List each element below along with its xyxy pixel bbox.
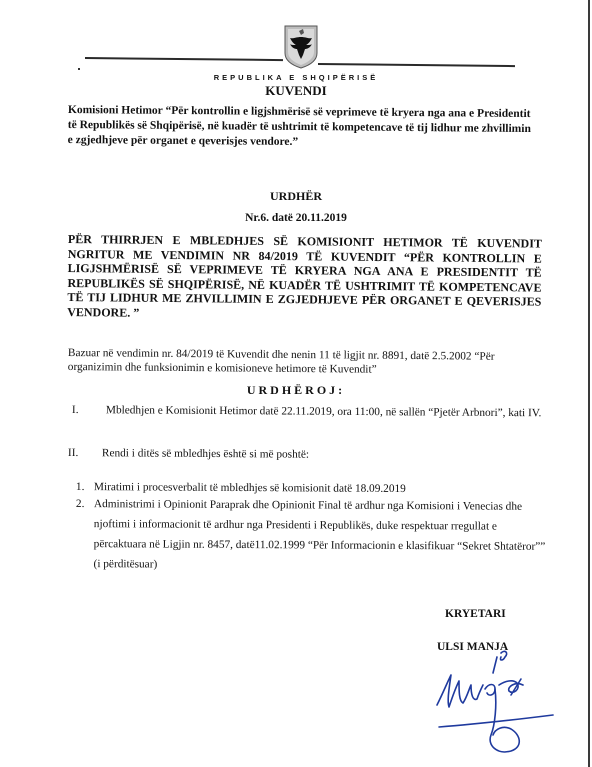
document-page: REPUBLIKA E SHQIPËRISË KUVENDI Komisioni…	[0, 0, 590, 767]
header-rule-right	[318, 63, 515, 67]
republic-label: REPUBLIKA E SHQIPËRISË	[0, 73, 592, 82]
point-text: Rendi i ditës së mbledhjes është si më p…	[102, 447, 538, 464]
order-number: Nr.6. datë 20.11.2019	[0, 212, 592, 224]
point-number: I.	[72, 404, 79, 418]
albanian-coat-of-arms-icon	[284, 25, 318, 69]
order-subject: PËR THIRRJEN E MBLEDHJES SË KOMISIONIT H…	[67, 232, 542, 324]
institution-name: KUVENDI	[0, 83, 592, 99]
ordering-heading: URDHËROJ:	[0, 383, 592, 398]
point-item: II. Rendi i ditës së mbledhjes është si …	[68, 447, 538, 464]
legal-basis: Bazuar në vendimin nr. 84/2019 të Kuvend…	[68, 346, 538, 378]
handwritten-signature-icon	[425, 645, 565, 760]
agenda-number: 2.	[76, 494, 85, 514]
point-item: I. Mbledhjen e Komisionit Hetimor datë 2…	[72, 404, 542, 421]
agenda-item: 2. Administrimi i Opinionit Paraprak dhe…	[76, 494, 546, 577]
signatory-role: KRYETARI	[445, 608, 506, 620]
commission-title: Komisioni Hetimor “Për kontrollin e ligj…	[68, 103, 536, 152]
page-edge	[588, 0, 590, 767]
point-text: Mbledhjen e Komisionit Hetimor datë 22.1…	[106, 404, 542, 421]
scan-speck	[78, 68, 80, 70]
agenda-text: Administrimi i Opinionit Paraprak dhe Op…	[94, 494, 546, 577]
order-title: URDHËR	[0, 189, 592, 204]
header-rule-left	[85, 57, 283, 61]
point-number: II.	[68, 447, 78, 461]
